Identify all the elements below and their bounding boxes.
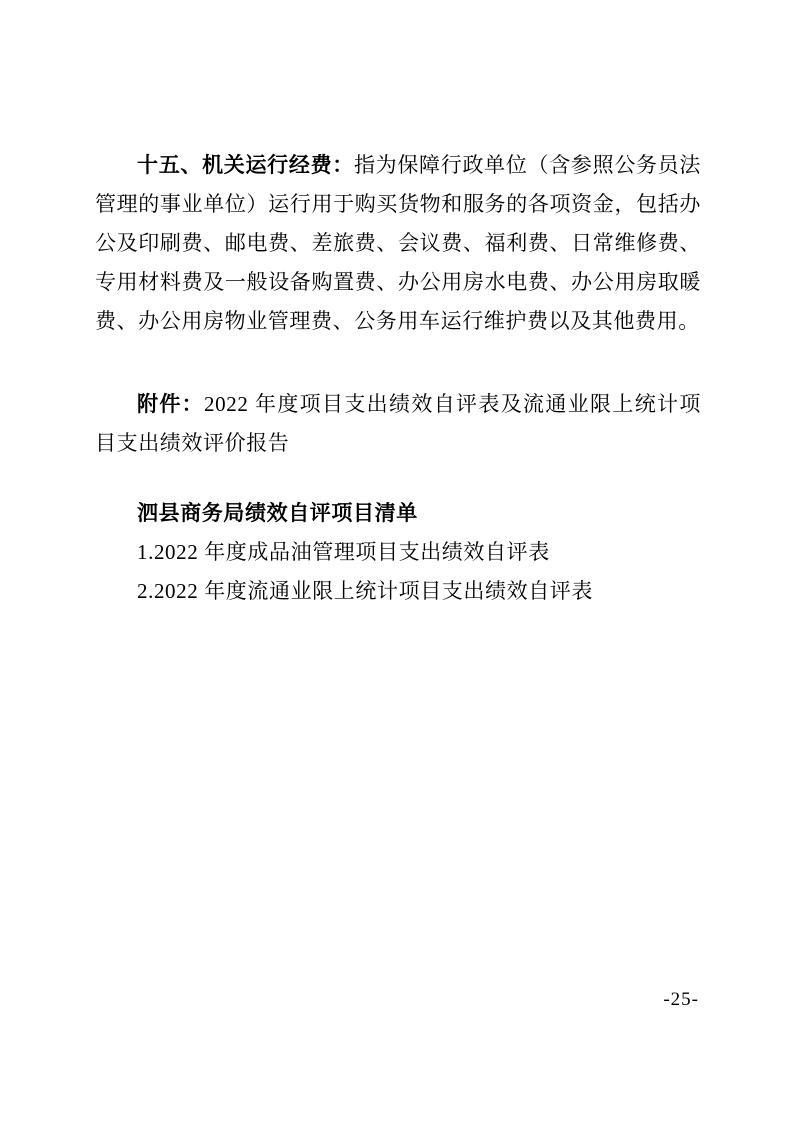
document-content: 十五、机关运行经费：指为保障行政单位（含参照公务员法管理的事业单位）运行用于购买… (95, 146, 701, 611)
section-paragraph: 十五、机关运行经费：指为保障行政单位（含参照公务员法管理的事业单位）运行用于购买… (95, 146, 701, 341)
attachment-paragraph-lead: 附件： (137, 392, 204, 416)
section-paragraph-body: 指为保障行政单位（含参照公务员法管理的事业单位）运行用于购买货物和服务的各项资金… (95, 153, 701, 333)
page-number: -25- (663, 989, 699, 1011)
project-list-heading: 泗县商务局绩效自评项目清单 (95, 494, 701, 533)
project-list-item-1: 1.2022 年度成品油管理项目支出绩效自评表 (95, 533, 701, 572)
section-paragraph-lead: 十五、机关运行经费： (137, 153, 354, 177)
project-list-item-2: 2.2022 年度流通业限上统计项目支出绩效自评表 (95, 572, 701, 611)
document-page: 十五、机关运行经费：指为保障行政单位（含参照公务员法管理的事业单位）运行用于购买… (0, 0, 793, 1122)
attachment-paragraph: 附件：2022 年度项目支出绩效自评表及流通业限上统计项目支出绩效评价报告 (95, 385, 701, 463)
